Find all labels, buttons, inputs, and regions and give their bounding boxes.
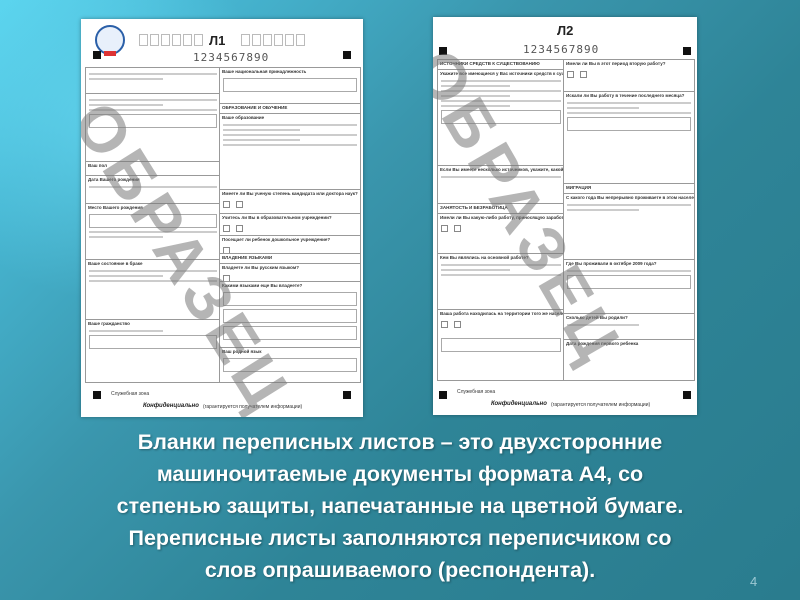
form-number: 1234567890	[193, 51, 269, 64]
form-section: С какого года Вы непрерывно проживаете в…	[563, 193, 695, 261]
alignment-marker-icon	[439, 47, 447, 55]
form-section: Ваша работа находилась на территории тог…	[437, 309, 565, 381]
alignment-marker-icon	[683, 391, 691, 399]
alignment-marker-icon	[93, 51, 101, 59]
alignment-marker-icon	[343, 391, 351, 399]
form-section	[85, 93, 221, 163]
form-section: Где Вы проживали в октябре 2009 года?	[563, 259, 695, 315]
caption-line: Переписные листы заполняются переписчико…	[20, 522, 780, 554]
form-section: Ваше национальная принадлежность	[219, 67, 361, 105]
form-section: Какими языками еще Вы владеете?	[219, 281, 361, 349]
service-zone-label: Служебная зона	[457, 389, 495, 395]
service-zone-label: Служебная зона	[111, 391, 149, 397]
page-number: 4	[750, 574, 757, 589]
code-cells	[139, 34, 203, 46]
form-title: Л1	[209, 33, 225, 48]
form-section	[85, 67, 221, 95]
form-title: Л2	[557, 23, 573, 38]
form-section: Сколько детей Вы родили?	[563, 313, 695, 341]
confidential-note: (гарантируется получателем информации)	[551, 402, 650, 408]
form-section: Место Вашего рождения	[85, 203, 221, 261]
form-section: Учитесь ли Вы в образовательном учрежден…	[219, 213, 361, 237]
caption-line: степенью защиты, напечатанные на цветной…	[20, 490, 780, 522]
caption-line: машиночитаемые документы формата А4, со	[20, 458, 780, 490]
form-section: Если Вы имеете несколько источников, ука…	[437, 165, 565, 205]
form-section: Укажите все имеющиеся у Вас источники ср…	[437, 69, 565, 167]
form-number: 1234567890	[523, 43, 599, 56]
caption-line: Бланки переписных листов – это двухсторо…	[20, 426, 780, 458]
confidential-note: (гарантируется получателем информации)	[203, 404, 302, 410]
confidential-label: Конфиденциально	[143, 403, 199, 409]
form-section: Ваш родной язык	[219, 347, 361, 383]
census-form-l1-image: Л1 1234567890 Ваш пол Дата Вашего рожден…	[81, 19, 363, 417]
form-section: Дата Вашего рождения	[85, 175, 221, 205]
alignment-marker-icon	[439, 391, 447, 399]
form-section: Искали ли Вы работу в течение последнего…	[563, 91, 695, 185]
form-section: Имели ли Вы в этот период вторую работу?	[563, 59, 695, 93]
form-section: Посещает ли ребенок дошкольное учреждени…	[219, 235, 361, 255]
confidential-label: Конфиденциально	[491, 401, 547, 407]
form-section: Кем Вы являлись на основной работе?	[437, 253, 565, 311]
census-form-l2-image: Л2 1234567890 ИСТОЧНИКИ СРЕДСТВ К СУЩЕСТ…	[433, 17, 697, 415]
alignment-marker-icon	[343, 51, 351, 59]
form-section: Ваше образование	[219, 113, 361, 191]
form-section: Ваше состояние в браке	[85, 259, 221, 321]
form-section: Владеете ли Вы русским языком?	[219, 263, 361, 283]
code-cells	[241, 34, 305, 46]
alignment-marker-icon	[93, 391, 101, 399]
slide-caption: Бланки переписных листов – это двухсторо…	[20, 426, 780, 586]
form-section: Имеете ли Вы ученую степень кандидата ил…	[219, 189, 361, 215]
form-section: Дата рождения первого ребенка	[563, 339, 695, 381]
alignment-marker-icon	[683, 47, 691, 55]
form-section: Имели ли Вы какую-либо работу, приносящу…	[437, 213, 565, 255]
form-section: Ваше гражданство	[85, 319, 221, 383]
caption-line: слов опрашиваемого (респондента).	[20, 554, 780, 586]
